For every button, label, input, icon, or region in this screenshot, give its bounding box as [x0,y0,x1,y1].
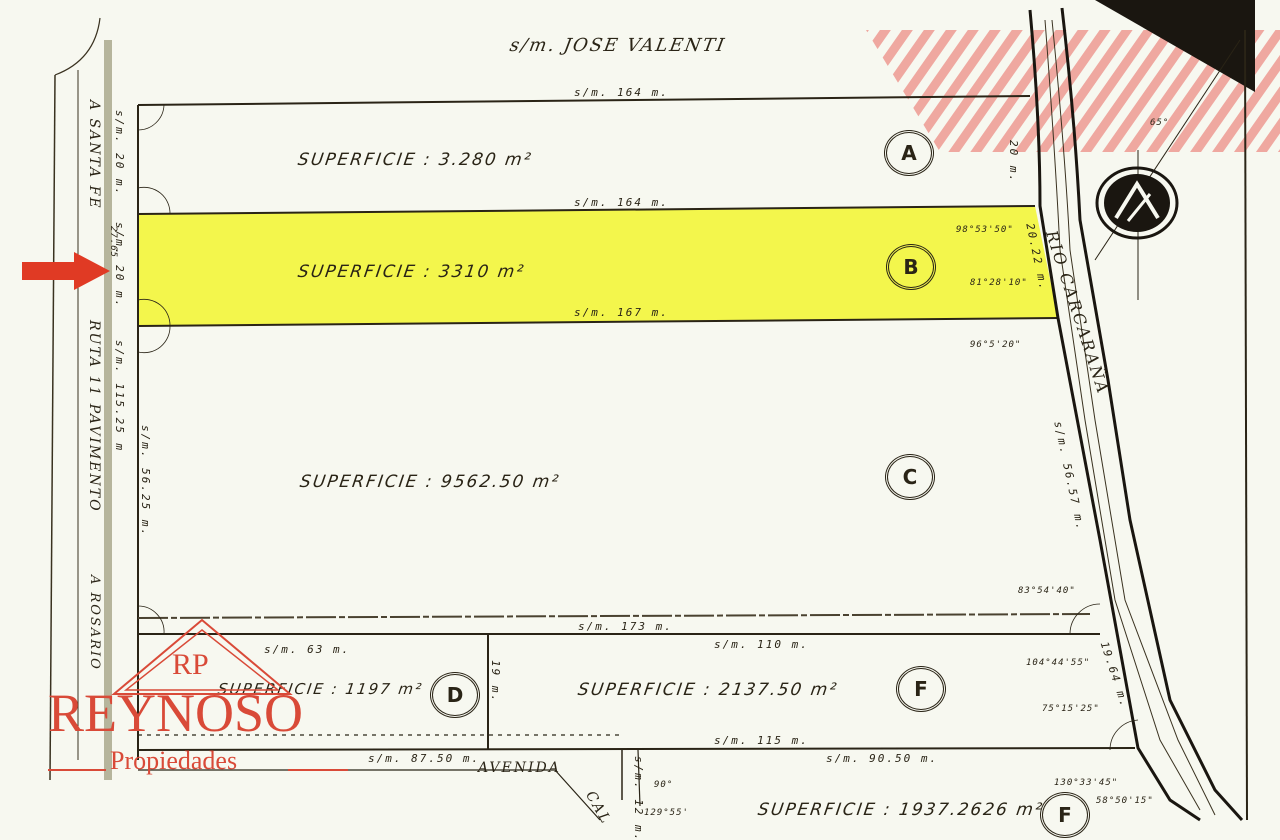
lot-f-marker: F [896,666,946,712]
lot-d-bottom-side: s/m. 87.50 m. [368,752,480,765]
lot-f-surface: SUPERFICIE : 2137.50 m² [577,680,840,700]
lot-b-marker: B [886,244,936,290]
lot-f2-surface: SUPERFICIE : 1937.2626 m² [757,800,1046,820]
lot-a-left-side: s/m. 20 m. [113,110,126,196]
lot-b-surface: SUPERFICIE : 3310 m² [297,262,527,282]
lot-f-top-side: s/m. 110 m. [714,638,809,651]
compass-angle: 65° [1150,118,1169,128]
lot-f-angle-2: 75°15'25" [1042,704,1100,714]
street-top: s/m. JOSE VALENTI [508,35,727,56]
lot-a-right-side: 20 m. [1007,140,1020,183]
lot-f2-angle-1: 90° [654,780,673,790]
lot-f-angle-1: 104°44'55" [1026,658,1090,668]
lot-c-surface: SUPERFICIE : 9562.50 m² [299,472,562,492]
street-left-top: A SANTA FE [86,100,102,210]
lot-c-angle-2: 83°54'40" [1018,586,1076,596]
highlight-arrow-icon [22,252,112,290]
lot-c-frontage: s/m. 115.25 m [113,340,126,452]
lot-f2-left-side: s/m. 12 m. [632,756,645,840]
reynoso-watermark: RP REYNOSO Propiedades [40,612,360,792]
lot-d-marker: D [430,672,480,718]
lot-c-bottom-side: s/m. 173 m. [578,620,673,633]
lot-f2-angle-4: 58°50'15" [1096,796,1154,806]
lot-a-surface: SUPERFICIE : 3.280 m² [297,150,534,170]
lot-f2-angle-3: 130°33'45" [1054,778,1118,788]
street-bottom: AVENIDA [478,760,561,776]
lot-a-top-side: s/m. 164 m. [574,86,669,99]
lot-a-marker: A [884,130,934,176]
lot-c-marker: C [885,454,935,500]
lot-b-top-side: s/m. 164 m. [574,196,669,209]
lot-b-angle-1: 98°53'50" [956,225,1014,235]
lot-d-right-side: 19 m. [489,660,502,703]
lot-b-angle-2: 81°28'10" [970,278,1028,288]
lot-f2-marker: F [1040,792,1090,838]
street-left-mid: RUTA 11 PAVIMENTO [86,320,102,513]
watermark-monogram: RP [172,648,209,682]
lot-f-bottom-side: s/m. 115 m. [714,734,809,747]
lot-f2-angle-2: 129°55' [644,808,689,818]
lot-f2-top-side: s/m. 90.50 m. [826,752,938,765]
watermark-name: REYNOSO [48,682,303,744]
watermark-subtitle: Propiedades [110,746,237,776]
lot-b-bottom-side: s/m. 167 m. [574,306,669,319]
north-compass-icon [1094,166,1180,240]
lot-c-left-side: s/m. 56.25 m. [139,425,152,537]
lot-c-angle-1: 96°5'20" [970,340,1021,350]
